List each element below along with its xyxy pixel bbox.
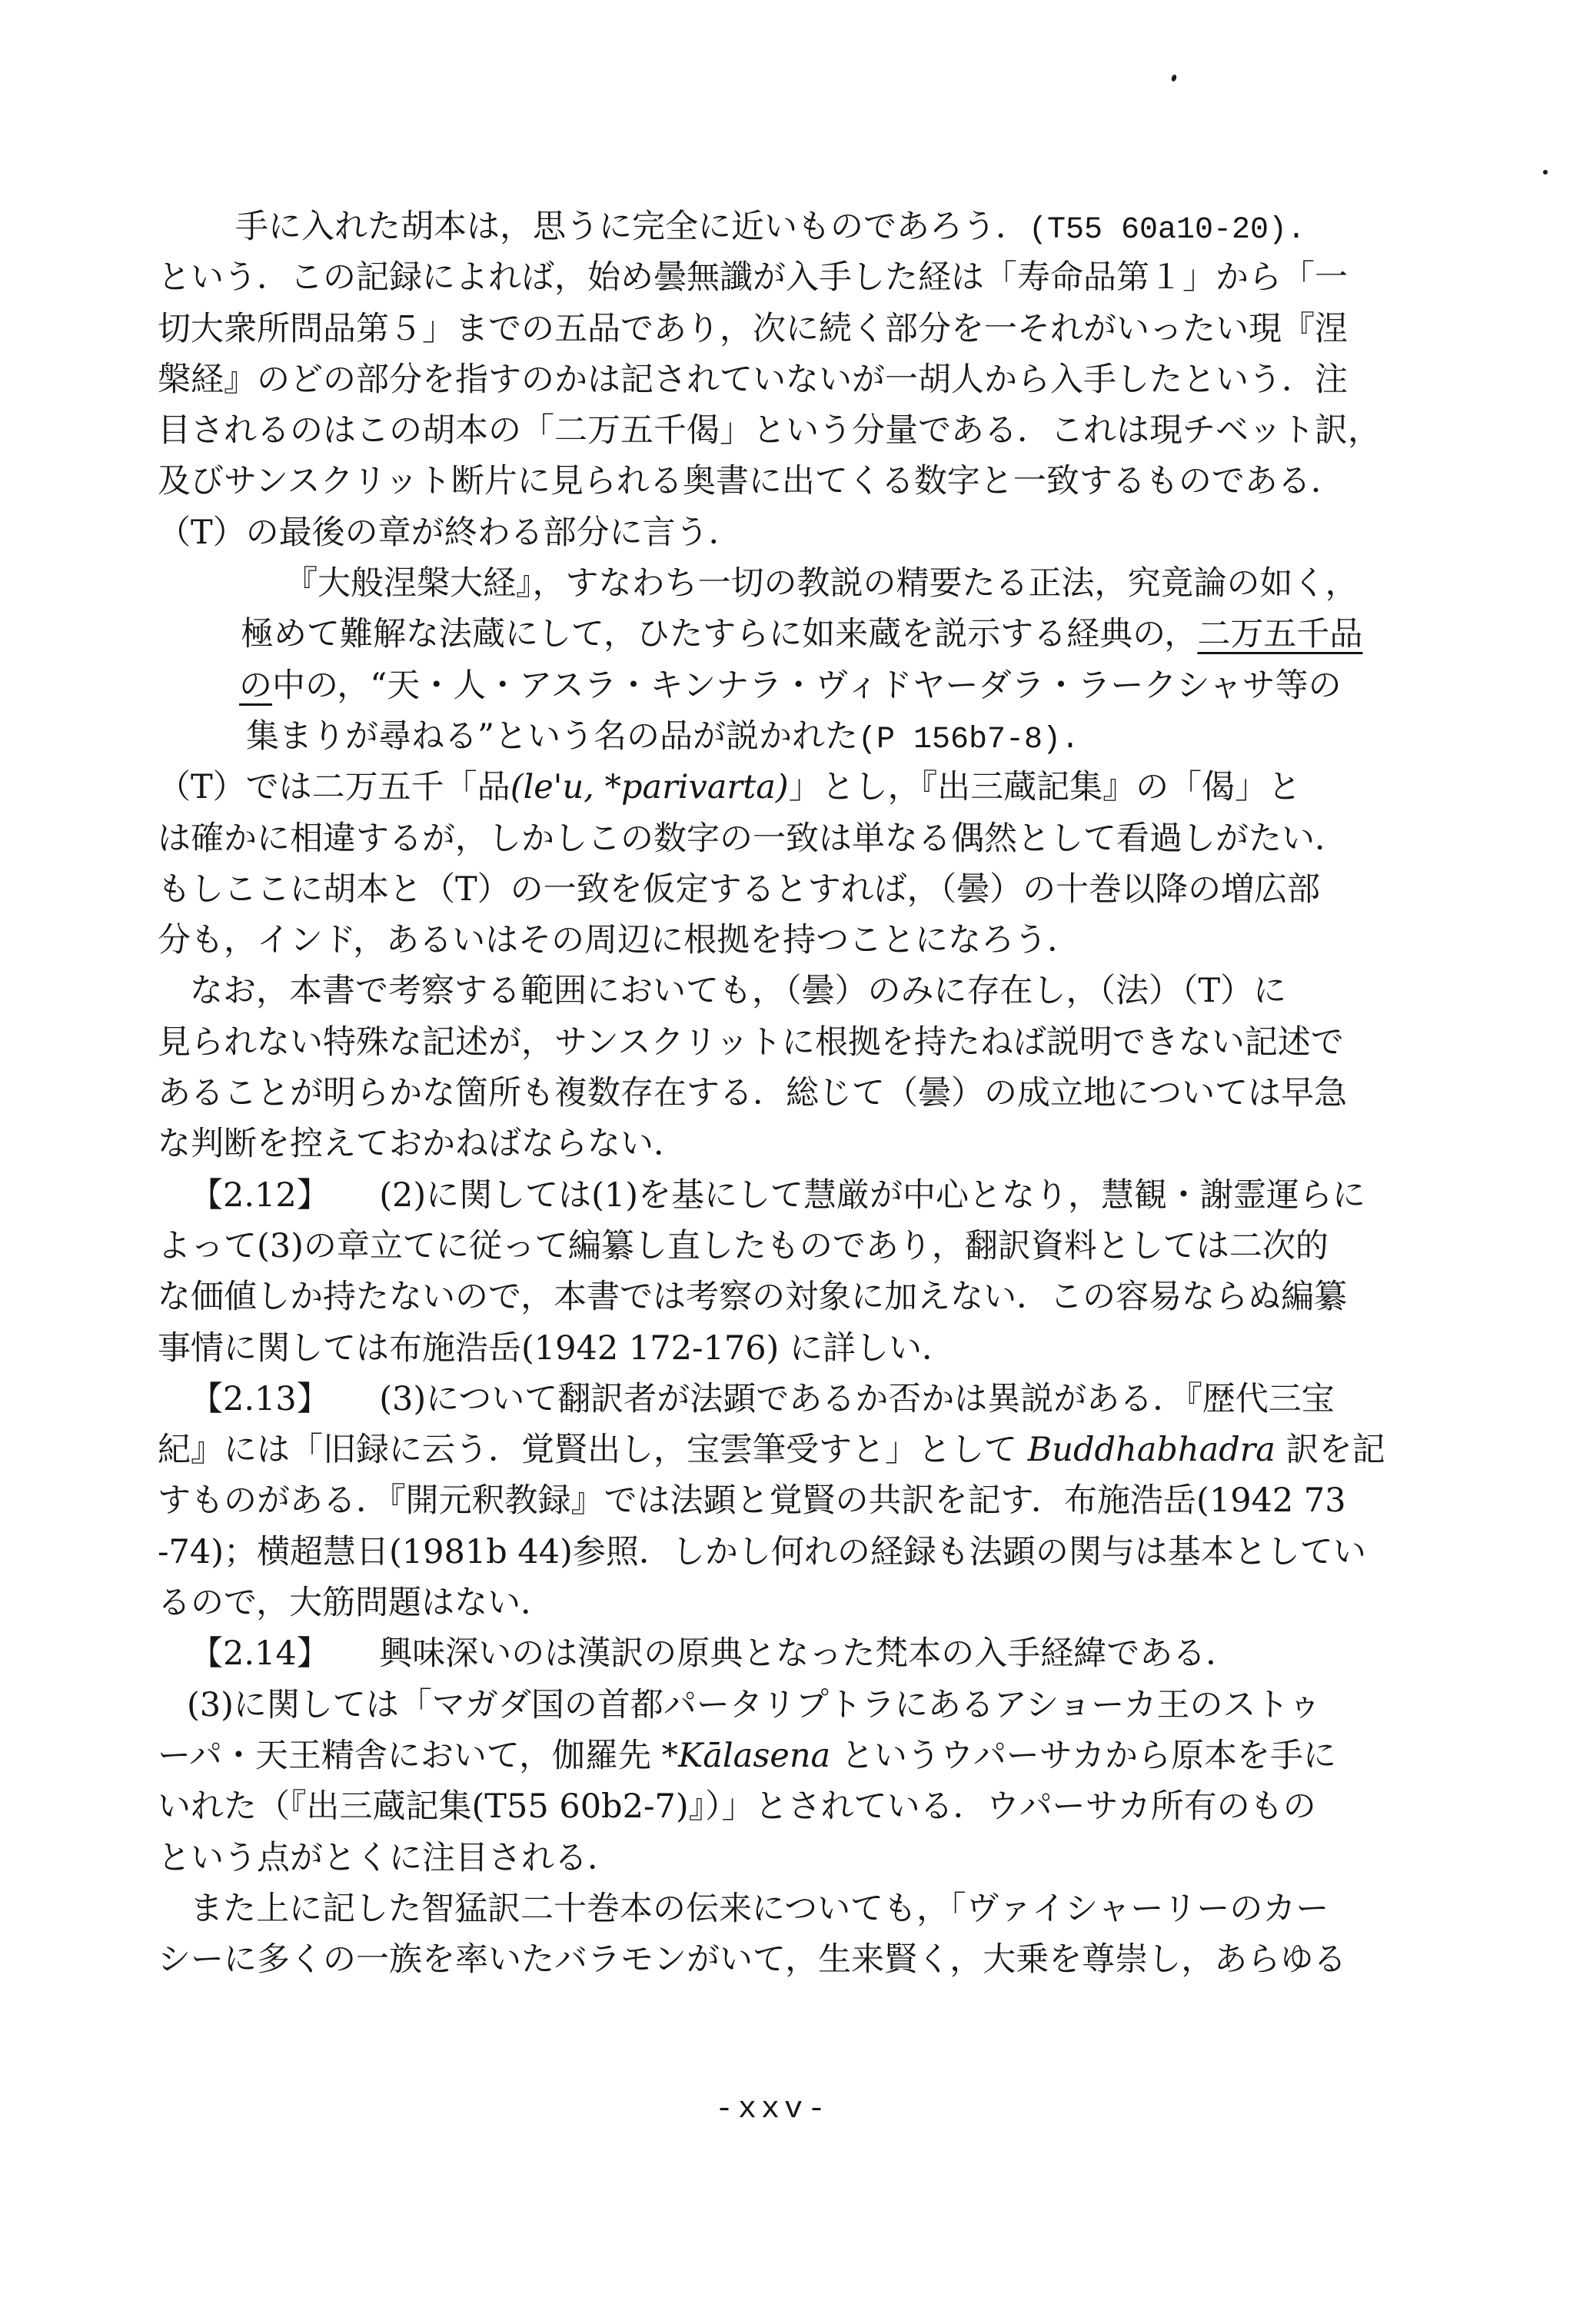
text-run: な判断を控えておかねばならない． (158, 1125, 687, 1163)
text-line: という点がとくに注目される． (158, 1833, 1541, 1883)
text-run: 『大般涅槃大経』，すなわち一切の教説の精要たる正法，究竟論の如く， (284, 564, 1359, 603)
text-line: な価値しか持たないので，本書では考察の対象に加えない．この容易ならぬ編纂 (158, 1272, 1541, 1322)
text-run: 手に入れた胡本は，思うに完全に近いものであろう． (235, 208, 1029, 246)
text-run: あることが明らかな箇所も複数存在する．総じて（曇）の成立地については早急 (158, 1074, 1347, 1112)
text-line: すものがある．『開元釈教録』では法顕と覚賢の共訳を記す．布施浩岳(1942 73 (158, 1475, 1541, 1526)
text-run: という点がとくに注目される． (158, 1839, 620, 1877)
text-run: いれた（『出三蔵記集(T55 60b2-7)』）」とされている．ウパーサカ所有の… (158, 1787, 1316, 1826)
text-line: 【2.12】 (2)に関しては(1)を基にして慧厳が中心となり，慧観・謝霊運らに (158, 1170, 1541, 1221)
text-run: 槃経』のどの部分を指すのかは記されていないが一胡人から入手したという．注 (158, 361, 1348, 399)
text-line: 分も，インド，あるいはその周辺に根拠を持つことになろう． (158, 915, 1541, 966)
text-line: 紀』には「旧録に云う．覚賢出し，宝雲筆受すと」として Buddhabhadra … (158, 1425, 1541, 1475)
text-run: というウパーサカから原本を手に (830, 1737, 1336, 1775)
text-run: 分も，インド，あるいはその周辺に根拠を持つことになろう． (158, 921, 1080, 959)
text-line: な判断を控えておかねばならない． (158, 1119, 1541, 1169)
text-line: シーに多くの一族を率いたバラモンがいて，生来賢く，大乗を尊崇し，あらゆる (158, 1934, 1541, 1985)
text-run: 訳を記 (1275, 1431, 1385, 1469)
text-line: るので，大筋問題はない． (158, 1578, 1541, 1628)
text-line: いれた（『出三蔵記集(T55 60b2-7)』）」とされている．ウパーサカ所有の… (158, 1781, 1541, 1832)
text-run: 集まりが尋ねる”という名の品が説かれた (246, 717, 858, 756)
text-run: 目されるのはこの胡本の「二万五千偈」という分量である．これは現チベット訳， (158, 411, 1381, 450)
text-run: 及びサンスクリット断片に見られる奥書に出てくる数字と一致するものである． (158, 462, 1344, 500)
text-run: 紀』には「旧録に云う．覚賢出し，宝雲筆受すと」として (158, 1431, 1028, 1469)
text-run: 」とし，『出三蔵記集』の「偈」と (789, 768, 1302, 806)
text-run: （T）では二万五千「品 (158, 768, 510, 806)
text-run: すものがある．『開元釈教録』では法顕と覚賢の共訳を記す．布施浩岳(1942 73 (158, 1481, 1346, 1520)
text-run: シーに多くの一族を率いたバラモンがいて，生来賢く，大乗を尊崇し，あらゆる (158, 1940, 1346, 1979)
document-page: 手に入れた胡本は，思うに完全に近いものであろう．(T55 60a10-20).と… (0, 0, 1583, 2324)
italic-romanization: (le'u, *parivarta) (510, 768, 789, 806)
text-line: 切大衆所問品第５」までの五品であり，次に続く部分を一それがいったい現『涅 (158, 304, 1541, 354)
text-line: また上に記した智猛訳二十巻本の伝来についても，「ヴァイシャーリーのカー (158, 1883, 1541, 1934)
text-line: 及びサンスクリット断片に見られる奥書に出てくる数字と一致するものである． (158, 456, 1541, 507)
text-run: よって(3)の章立てに従って編纂し直したものであり，翻訳資料としては二次的 (158, 1227, 1329, 1265)
ink-speck (1543, 170, 1548, 175)
text-run: (3)に関しては「マガダ国の首都パータリプトラにあるアショーカ王のストゥ (187, 1686, 1321, 1724)
text-line: 『大般涅槃大経』，すなわち一切の教説の精要たる正法，究竟論の如く， (158, 558, 1541, 609)
text-run: 中の，“天・人・アスラ・キンナラ・ヴィドヤーダラ・ラークシャサ等の (272, 667, 1342, 705)
text-run: 【2.12】 (2)に関しては(1)を基にして慧厳が中心となり，慧観・謝霊運らに (190, 1176, 1365, 1215)
text-line: 集まりが尋ねる”という名の品が説かれた(P 156b7-8). (158, 711, 1541, 762)
text-run: ーパ・天王精舎において，伽羅先 (158, 1737, 662, 1775)
citation-text: (P 156b7-8). (858, 723, 1079, 757)
text-run: な価値しか持たないので，本書では考察の対象に加えない．この容易ならぬ編纂 (158, 1278, 1347, 1316)
text-run: もしここに胡本と（T）の一致を仮定するとすれば，（曇）の十巻以降の増広部 (158, 870, 1320, 909)
text-line: あることが明らかな箇所も複数存在する．総じて（曇）の成立地については早急 (158, 1068, 1541, 1119)
text-line: もしここに胡本と（T）の一致を仮定するとすれば，（曇）の十巻以降の増広部 (158, 864, 1541, 915)
page-text: 手に入れた胡本は，思うに完全に近いものであろう．(T55 60a10-20).と… (158, 201, 1541, 1985)
ink-speck (1171, 74, 1178, 82)
text-run: なお，本書で考察する範囲においても，（曇）のみに存在し，（法）（T）に (190, 972, 1286, 1010)
underlined-text: 二万五千品 (1197, 615, 1362, 653)
text-line: よって(3)の章立てに従って編纂し直したものであり，翻訳資料としては二次的 (158, 1221, 1541, 1272)
text-line: は確かに相違するが，しかしこの数字の一致は単なる偶然として看過しがたい． (158, 813, 1541, 864)
text-line: (3)に関しては「マガダ国の首都パータリプトラにあるアショーカ王のストゥ (158, 1680, 1541, 1731)
text-line: （T）の最後の章が終わる部分に言う． (158, 507, 1541, 558)
text-line: 目されるのはこの胡本の「二万五千偈」という分量である．これは現チベット訳， (158, 405, 1541, 456)
text-line: 【2.14】 興味深いのは漢訳の原典となった梵本の入手経緯である． (158, 1628, 1541, 1679)
text-run: るので，大筋問題はない． (158, 1584, 554, 1622)
text-line: の中の，“天・人・アスラ・キンナラ・ヴィドヤーダラ・ラークシャサ等の (158, 660, 1541, 711)
text-run: は確かに相違するが，しかしこの数字の一致は単なる偶然として看過しがたい． (158, 820, 1348, 858)
underlined-text: の (239, 667, 272, 705)
italic-romanization: Buddhabhadra (1028, 1431, 1275, 1469)
italic-romanization: *Kālasena (662, 1737, 831, 1775)
text-line: という．この記録によれば，始め曇無讖が入手した経は「寿命品第１」から「一 (158, 252, 1541, 303)
text-run: 切大衆所問品第５」までの五品であり，次に続く部分を一それがいったい現『涅 (158, 310, 1348, 348)
text-line: なお，本書で考察する範囲においても，（曇）のみに存在し，（法）（T）に (158, 966, 1541, 1016)
text-run: 【2.13】 (3)について翻訳者が法顕であるか否かは異説がある．『歴代三宝 (190, 1380, 1335, 1418)
text-run: -74)；横超慧日(1981b 44)参照．しかし何れの経録も法顕の関与は基本と… (158, 1533, 1366, 1571)
text-line: 【2.13】 (3)について翻訳者が法顕であるか否かは異説がある．『歴代三宝 (158, 1374, 1541, 1425)
text-line: （T）では二万五千「品(le'u, *parivarta)」とし，『出三蔵記集』… (158, 762, 1541, 813)
text-line: 槃経』のどの部分を指すのかは記されていないが一胡人から入手したという．注 (158, 354, 1541, 405)
text-line: ーパ・天王精舎において，伽羅先 *Kālasena というウパーサカから原本を手… (158, 1731, 1541, 1781)
text-line: -74)；横超慧日(1981b 44)参照．しかし何れの経録も法顕の関与は基本と… (158, 1527, 1541, 1578)
page-number: -xxv- (715, 2093, 830, 2127)
text-line: 極めて難解な法蔵にして，ひたすらに如来蔵を説示する経典の，二万五千品 (158, 609, 1541, 660)
text-run: （T）の最後の章が終わる部分に言う． (158, 514, 742, 552)
text-line: 手に入れた胡本は，思うに完全に近いものであろう．(T55 60a10-20). (158, 201, 1541, 252)
text-run: 見られない特殊な記述が，サンスクリットに根拠を持たねば説明できない記述で (158, 1023, 1344, 1062)
text-run: という．この記録によれば，始め曇無讖が入手した経は「寿命品第１」から「一 (158, 258, 1348, 297)
citation-text: (T55 60a10-20). (1029, 213, 1305, 248)
text-line: 見られない特殊な記述が，サンスクリットに根拠を持たねば説明できない記述で (158, 1017, 1541, 1068)
text-run: 極めて難解な法蔵にして，ひたすらに如来蔵を説示する経典の， (241, 615, 1197, 653)
text-line: 事情に関しては布施浩岳(1942 172-176) に詳しい． (158, 1323, 1541, 1374)
text-run: 事情に関しては布施浩岳(1942 172-176) に詳しい． (158, 1329, 955, 1368)
text-run: また上に記した智猛訳二十巻本の伝来についても，「ヴァイシャーリーのカー (190, 1890, 1329, 1928)
text-run: 【2.14】 興味深いのは漢訳の原典となった梵本の入手経緯である． (190, 1634, 1239, 1673)
